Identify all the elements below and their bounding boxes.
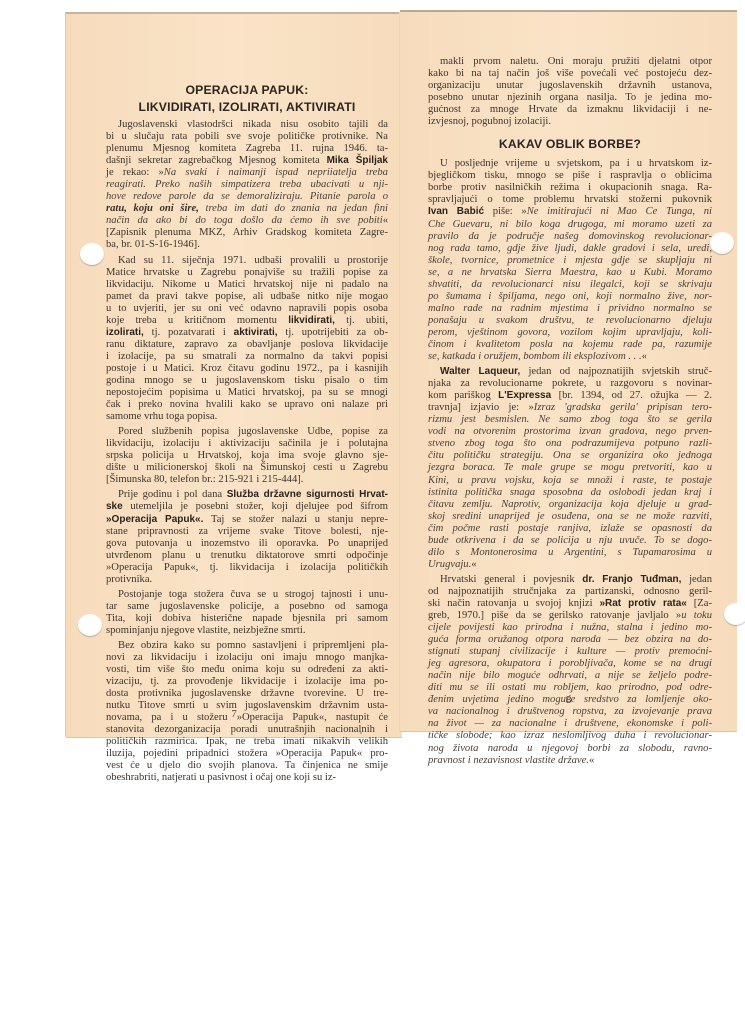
text-run: stanovita dezorganizacija poradi unutraš… (106, 724, 388, 735)
text-line: plenumu Mjesnog komiteta Zagreba 11. ruj… (106, 143, 388, 155)
text-run: »Operacija Papuk«, tj. likvidacija i izo… (106, 562, 388, 573)
text-run: bjegličkom tisku, mnogo se piše i raspra… (428, 170, 712, 181)
text-run: travnja] izjavio je: » (428, 402, 534, 413)
text-line: shvatiti, da revolucionarci nisu ilegalc… (428, 279, 712, 291)
italic-text: nog života naroda u njegovoj borbi za sl… (428, 743, 712, 754)
text-run: je rekao: » (106, 167, 164, 178)
italic-text: ratu, koju oni šire, (106, 203, 199, 214)
text-line: protivnika. (106, 574, 388, 586)
text-line: dosta protivnika jugoslavenske državne t… (106, 688, 388, 700)
text-line: bi u slučaju rata pobili sve svoje polit… (106, 131, 388, 143)
text-run: iluzija, pojedini pripadnici stožera »Op… (106, 748, 388, 759)
italic-text: ponašaju u svakom društvu, te revolucion… (428, 315, 712, 326)
text-line: cijele povijesti kao prirodna i nužna, s… (428, 622, 712, 634)
text-run: dište u milicionerskoj školi na Šimunsko… (106, 462, 388, 473)
bold-text: Ivan Babić (428, 206, 484, 217)
text-line: Matice hrvatske u Zagrebu ponajviše su t… (106, 267, 388, 279)
text-run: Postojanje toga stožera čuva se u strogo… (118, 589, 388, 600)
italic-text: hove redove parole da se demoraliziraju.… (106, 191, 388, 202)
text-run: utvrđenom planu u trenutku diktatorove s… (106, 550, 388, 561)
text-line: »Operacija Papuk«. Taj se stožer nalazi … (106, 514, 388, 526)
text-line: guća forma oružanog otpora naroda — bez … (428, 634, 712, 646)
text-line: dilo s Montonerosima u Argentini, s Tupa… (428, 547, 712, 559)
text-run: [Zapisnik plenuma MKZ, Arhiv Gradskog ko… (106, 227, 388, 238)
text-line: hove redove parole da se demoraliziraju.… (106, 191, 388, 203)
text-line: stignuti stupanj civilizacije i kulture … (428, 646, 712, 658)
text-line: makli prvom naletu. Oni moraju pružiti d… (428, 56, 712, 68)
text-line: organizaciju unutar jugoslavenskih držav… (428, 80, 712, 92)
text-run: greb, 1970.] piše da se gerilsko ratovan… (428, 610, 681, 621)
text-run: makli prvom naletu. Oni moraju pružiti d… (440, 56, 712, 67)
text-line: stanovita dezorganizacija poradi unutraš… (106, 724, 388, 736)
text-line: gućnost za mnoge Hrvate da izmaknu likvi… (428, 104, 712, 116)
text-run: u to uvjeriti, jer su oni već odavno nap… (106, 303, 388, 314)
text-line: Jugoslavenski vlastodršci nikada nisu os… (106, 119, 388, 131)
italic-text: guća forma oružanog otpora naroda — bez … (428, 634, 712, 645)
bold-text: likvidirati, (288, 315, 335, 326)
text-line: posebno unutar njezinih organa nasilja. … (428, 92, 712, 104)
text-run: gućnost za mnoge Hrvate da izmaknu likvi… (428, 104, 712, 115)
text-line: od najpoznatijih stručnjaka za partizans… (428, 586, 712, 598)
text-line: pravnost i nezavisnost vlastite države.« (428, 755, 712, 767)
text-run: protivnika. (106, 574, 152, 585)
text-line: utvrđenom planu u trenutku diktatorove s… (106, 550, 388, 562)
text-line: ratu, koju oni šire, treba im dati do zn… (106, 203, 388, 215)
italic-text: Izraz 'gradska gerila' pripisan tero- (534, 402, 712, 413)
text-line: Hrvatski general i povjesnik dr. Franjo … (428, 574, 712, 586)
text-line: ba, br. 01-S-16-1946]. (106, 239, 388, 251)
text-run: Hrvatski general i povjesnik (440, 574, 582, 585)
italic-text: stveno zbog toga što ona podrazumijeva p… (428, 438, 712, 449)
text-line: ski način ratovanja u svojoj knjizi »Rat… (428, 598, 712, 610)
text-line: vodi na otvorenim prostorima izvan grado… (428, 426, 712, 438)
text-line: Kad su 11. siječnja 1971. udbaši provali… (106, 255, 388, 267)
text-line: Pored službenih popisa jugoslavenske Udb… (106, 426, 388, 438)
text-line: spominjanju njegove vlastite, neizbježne… (106, 625, 388, 637)
text-run: tar same jugoslavenske policije, a poseb… (106, 601, 388, 612)
text-run: novi za likvidaciju i izolaciju oni imaj… (106, 652, 388, 663)
text-run: postoje i u Matici. Kroz čitavu godinu 1… (106, 363, 388, 374)
text-run: obeshrabriti, natjerati u pasivnost i oč… (106, 772, 336, 783)
text-run: vizaciju, tj. za provođenje likvidacije … (106, 676, 388, 687)
paper-speck (360, 732, 362, 734)
text-run: tj. pozatvarati i (144, 327, 234, 338)
text-line: Bez obzira kako su pomno sastavljeni i p… (106, 640, 388, 652)
italic-text: u toku (681, 610, 712, 621)
text-run: jedan od najpoznatijih svjetskih struč- (520, 366, 712, 377)
text-line: je rekao: »Na svaki i naimanji ispad nep… (106, 167, 388, 179)
italic-text: malno rade na radnim mjestima i prividno… (428, 303, 712, 314)
text-line: kom pariškog L'Expressa [br. 1394, od 27… (428, 390, 712, 402)
italic-text: na život — za nacionalne i društvene, ek… (428, 718, 712, 729)
text-line: diti mu se ili ostati mu robljem, kao pr… (428, 682, 712, 694)
text-line: U posljednje vrijeme u svjetskom, pa i u… (428, 158, 712, 170)
punch-hole (78, 614, 102, 636)
bold-text: ske (106, 501, 123, 512)
text-line: greb, 1970.] piše da se gerilsko ratovan… (428, 610, 712, 622)
italic-text: način da ako bi do toga došlo da ćemo ih… (106, 215, 383, 226)
page-number-left: 7 (66, 708, 402, 720)
text-line: godina mnogo se u jugoslavenskom tisku p… (106, 375, 388, 387)
text-line: ske utemeljila je posebni stožer, koji d… (106, 501, 388, 513)
text-line: stane pripravnosti za vrijeme svake Tito… (106, 526, 388, 538)
text-run: ba, br. 01-S-16-1946]. (106, 239, 200, 250)
text-line: va nacionalnog i društvenog ropstva, za … (428, 706, 712, 718)
text-line: srpska policija u Hrvatskoj, koja ima sv… (106, 450, 388, 462)
italic-text: se, a ne hrvatska Sierra Maestra, kao u … (428, 267, 712, 278)
italic-text: nog rada tamo, gdje žive ljudi, dakle gr… (428, 243, 712, 254)
paragraph: Prije godinu i pol dana Služba državne s… (106, 489, 388, 585)
text-line: gova putovanja u inozemstvo ili oporavka… (106, 538, 388, 550)
text-run: spominjanju njegove vlastite, neizbježne… (106, 625, 305, 636)
italic-text: pravilo da je područje našeg domovinskog… (428, 231, 712, 242)
paragraph: Hrvatski general i povjesnik dr. Franjo … (428, 574, 712, 767)
text-run: stane pripravnosti za vrijeme svake Tito… (106, 526, 388, 537)
text-line: jezgra boraca. Te male grupe se mogu pre… (428, 462, 712, 474)
text-run: nepostojećim popisima u Matici hrvatskoj… (106, 387, 388, 398)
punch-hole (710, 232, 734, 254)
italic-text: Na svaki i naimanji ispad nepriiatelja t… (164, 167, 388, 178)
text-run: U posljednje vrijeme u svjetskom, pa i u… (440, 158, 712, 169)
text-line: u to uvjeriti, jer su oni već odavno nap… (106, 303, 388, 315)
text-run: od najpoznatijih stručnjaka za partizans… (428, 586, 712, 597)
text-line: škole, tvornice, prometnice i mjesta gdj… (428, 255, 712, 267)
right-page-heading: KAKAV OBLIK BORBE? (428, 136, 712, 153)
text-line: pamet da pravi takve popise, ali udbaše … (106, 291, 388, 303)
text-line: i izolacije, pa su smatrali za normalno … (106, 351, 388, 363)
text-line: reagirati. Preko naših simpatizera treba… (106, 179, 388, 191)
text-run: Tita, koji dobiva histerične napade bjes… (106, 613, 388, 624)
text-line: obeshrabriti, natjerati u pasivnost i oč… (106, 772, 388, 784)
text-line: Kini, u pravu vojsku, koja se množi i ra… (428, 475, 712, 487)
text-line: tar same jugoslavenske policije, a poseb… (106, 601, 388, 613)
text-line: perom, vještinom govora, vozilom kojim u… (428, 327, 712, 339)
text-run: likvidaciju, izolaciju i aktivizaciju sa… (106, 438, 388, 449)
italic-text: škole, tvornice, prometnice i mjesta gdj… (428, 255, 712, 266)
right-page: makli prvom naletu. Oni moraju pružiti d… (400, 10, 737, 731)
italic-text: skoj sredini unaprijed je osuđena, ona s… (428, 511, 712, 522)
italic-text: se, katkada i oružjem, bombom ili eksplo… (428, 351, 642, 362)
text-line: stveno zbog toga što ona podrazumijeva p… (428, 438, 712, 450)
text-line: koje treba u kritičnom momentu likvidira… (106, 315, 388, 327)
text-line: pravilo da je područje našeg domovinskog… (428, 231, 712, 243)
text-line: tičke slobode; kao izraz neslomljivog du… (428, 730, 712, 742)
text-line: novi za likvidaciju i izolaciju oni imaj… (106, 652, 388, 664)
text-run: izvjesnoj, pogubnoj izolaciji. (428, 116, 551, 127)
italic-text: tičke slobode; kao izraz neslomljivog du… (428, 730, 712, 741)
text-line: se, a ne hrvatska Sierra Maestra, kao u … (428, 267, 712, 279)
text-line: bjegličkom tisku, mnogo se piše i raspra… (428, 170, 712, 182)
paragraph: Postojanje toga stožera čuva se u strogo… (106, 589, 388, 637)
text-run: Jugoslavenski vlastodršci nikada nisu os… (118, 119, 388, 130)
italic-text: reagirati. Preko naših simpatizera treba… (106, 179, 388, 190)
italic-text: diti mu se ili ostati mu robljem, kao pr… (428, 682, 712, 693)
text-run: spravljajući o tome problemu hrvatski st… (428, 194, 712, 205)
italic-text: po šumama i špiljama, nego oni, koji nor… (428, 291, 712, 302)
italic-text: va nacionalnog i društvenog ropstva, za … (428, 706, 712, 717)
heading-line: OPERACIJA PAPUK: (106, 82, 388, 99)
paragraph: Kad su 11. siječnja 1971. udbaši provali… (106, 255, 388, 424)
text-run: « (589, 755, 594, 766)
text-run: Bez obzira kako su pomno sastavljeni i p… (118, 640, 388, 651)
left-page: OPERACIJA PAPUK: LIKVIDIRATI, IZOLIRATI,… (66, 12, 402, 737)
text-run: vosti, tim više što među onima koju su o… (106, 664, 388, 675)
text-run: piše: » (484, 206, 527, 217)
paragraph: makli prvom naletu. Oni moraju pružiti d… (428, 56, 712, 128)
text-line: nog rada tamo, gdje žive ljudi, dakle gr… (428, 243, 712, 255)
paragraph: Pored službenih popisa jugoslavenske Udb… (106, 426, 388, 486)
text-line: malno rade na radnim mjestima i prividno… (428, 303, 712, 315)
text-run: [Šimunska 80, telefon br.: 215-921 i 215… (106, 474, 303, 485)
text-run: Matice hrvatske u Zagrebu ponajviše su t… (106, 267, 388, 278)
text-run: ski način ratovanja u svojoj knjizi (428, 598, 599, 609)
italic-text: čitu političku strategiju. Ona se organi… (428, 450, 712, 461)
text-line: izvjesnoj, pogubnoj izolaciji. (428, 116, 712, 128)
italic-text: dilo s Montonerosima u Argentini, s Tupa… (428, 547, 712, 558)
paragraph: Jugoslavenski vlastodršci nikada nisu os… (106, 119, 388, 252)
bold-text: »Rat protiv rata« (599, 598, 686, 609)
text-line: istinita politička snaga sposobna da osl… (428, 487, 712, 499)
text-line: po šumama i špiljama, nego oni, koji nor… (428, 291, 712, 303)
punch-hole (80, 243, 104, 265)
text-run: Pored službenih popisa jugoslavenske Udb… (118, 426, 388, 437)
right-page-intro: makli prvom naletu. Oni moraju pružiti d… (428, 56, 712, 128)
text-line: način da ako bi do toga došlo da ćemo ih… (106, 215, 388, 227)
italic-text: perom, vještinom govora, vozilom kojim u… (428, 327, 712, 338)
right-page-body: U posljednje vrijeme u svjetskom, pa i u… (428, 158, 712, 766)
text-run: kako bi na taj način još više povećali v… (428, 68, 712, 79)
italic-text: rizmu jest besmislen. Ne samo zbog toga … (428, 414, 712, 425)
text-line: političkih razmirica. Ipak, ne treba ima… (106, 736, 388, 748)
text-line: njaka za revolucionarne pokrete, u razgo… (428, 378, 712, 390)
text-run: pamet da pravi takve popise, ali udbaše … (106, 291, 388, 302)
text-run: bi u slučaju rata pobili sve svoje polit… (106, 131, 388, 142)
text-run: utemeljila je posebni stožer, koji djelu… (123, 501, 388, 512)
text-run: i izolacije, pa su smatrali za normalno … (106, 351, 388, 362)
left-page-body: Jugoslavenski vlastodršci nikada nisu os… (106, 119, 388, 785)
italic-text: stignuti stupanj civilizacije i kulture … (428, 646, 712, 657)
bold-text: Walter Laqueur, (440, 366, 520, 377)
italic-text: Urugvaju. (428, 559, 471, 570)
text-run: plenumu Mjesnog komiteta Zagreba 11. ruj… (106, 143, 388, 154)
text-line: ranu diktature, zapravo za obavljanje po… (106, 339, 388, 351)
text-line: Walter Laqueur, jedan od najpoznatijih s… (428, 366, 712, 378)
italic-text: način nije bilo moguće odhrvati, a nije … (428, 670, 712, 681)
text-run: « (642, 351, 647, 362)
left-page-text-column: OPERACIJA PAPUK: LIKVIDIRATI, IZOLIRATI,… (106, 82, 388, 788)
text-line: izolirati, tj. pozatvarati i aktivirati,… (106, 327, 388, 339)
text-line: postoje i u Matici. Kroz čitavu godinu 1… (106, 363, 388, 375)
page-number-right: 8 (400, 694, 737, 706)
text-line: ponašaju u svakom društvu, te revolucion… (428, 315, 712, 327)
italic-text: čitavu zemlju. Naprotiv, organizacija ko… (428, 499, 712, 510)
text-line: vizaciju, tj. za provođenje likvidacije … (106, 676, 388, 688)
text-line: dište u milicionerskoj školi na Šimunsko… (106, 462, 388, 474)
italic-text: cijele povijesti kao prirodna i nužna, s… (428, 622, 712, 633)
left-page-heading: OPERACIJA PAPUK: LIKVIDIRATI, IZOLIRATI,… (106, 82, 388, 116)
paragraph: Walter Laqueur, jedan od najpoznatijih s… (428, 366, 712, 571)
text-run: srpska policija u Hrvatskoj, koja ima sv… (106, 450, 388, 461)
text-line: vosti, tim više što među onima koju su o… (106, 664, 388, 676)
italic-text: Kini, u pravu vojsku, koja se množi i ra… (428, 475, 712, 486)
italic-text: čim počme rasti postaje ranjiva, izlaže … (428, 523, 712, 534)
text-run: dašnji sekretar zagrebačkog Mjesnog komi… (106, 155, 327, 166)
paragraph: U posljednje vrijeme u svjetskom, pa i u… (428, 158, 712, 363)
text-run: « (471, 559, 476, 570)
text-line: dašnji sekretar zagrebačkog Mjesnog komi… (106, 155, 388, 167)
text-run: samome vrhu toga popisa. (106, 411, 217, 422)
text-line: čak i preko novina hvalili kako se uprav… (106, 399, 388, 411)
text-line: na život — za nacionalne i društvene, ek… (428, 718, 712, 730)
text-line: spravljajući o tome problemu hrvatski st… (428, 194, 712, 206)
text-line: se, katkada i oružjem, bombom ili eksplo… (428, 351, 712, 363)
text-run: čak i preko novina hvalili kako se uprav… (106, 399, 388, 410)
italic-text: Ne imitirajući ni Mao Ce Tunga, ni (527, 206, 712, 217)
text-run: Kad su 11. siječnja 1971. udbaši provali… (118, 255, 388, 266)
text-run: Taj se stožer nalazi u stanju nepre- (203, 514, 388, 525)
text-line: skoj sredini unaprijed je osuđena, ona s… (428, 511, 712, 523)
text-line: rizmu jest besmislen. Ne samo zbog toga … (428, 414, 712, 426)
text-line: [Šimunska 80, telefon br.: 215-921 i 215… (106, 474, 388, 486)
text-line: jeg agresora, okupatora i porobljivača, … (428, 658, 712, 670)
text-line: Ivan Babić piše: »Ne imitirajući ni Mao … (428, 206, 712, 218)
text-line: borbe protiv nasilničkih režima i okupac… (428, 182, 712, 194)
text-run: posebno unutar njezinih organa nasilja. … (428, 92, 712, 103)
text-line: »Operacija Papuk«, tj. likvidacija i izo… (106, 562, 388, 574)
paper-speck (268, 728, 270, 730)
italic-text: Che Guevaru, ni bilo koga drugoga, mi mo… (428, 219, 712, 230)
bold-text: Mika Špiljak (327, 155, 388, 166)
text-run: Prije godinu i pol dana (118, 489, 227, 500)
text-line: bude otkrivena i da se policija u nju uv… (428, 535, 712, 547)
italic-text: vodi na otvorenim prostorima izvan grado… (428, 426, 712, 437)
text-run: [Za- (687, 598, 712, 609)
text-line: travnja] izjavio je: »Izraz 'gradska ger… (428, 402, 712, 414)
text-line: Tita, koji dobiva histerične napade bjes… (106, 613, 388, 625)
text-line: samome vrhu toga popisa. (106, 411, 388, 423)
text-line: [Zapisnik plenuma MKZ, Arhiv Gradskog ko… (106, 227, 388, 239)
bold-text: izolirati, (106, 327, 144, 338)
heading-line: LIKVIDIRATI, IZOLIRATI, AKTIVIRATI (106, 99, 388, 116)
italic-text: jeg agresora, okupatora i porobljivača, … (428, 658, 712, 669)
text-line: čim počme rasti postaje ranjiva, izlaže … (428, 523, 712, 535)
text-line: Che Guevaru, ni bilo koga drugoga, mi mo… (428, 219, 712, 231)
text-run: njaka za revolucionarne pokrete, u razgo… (428, 378, 712, 389)
italic-text: činom i kvalitetom posla na kojemu rade … (428, 339, 712, 350)
text-line: čitu političku strategiju. Ona se organi… (428, 450, 712, 462)
text-run: godina mnogo se u jugoslavenskom tisku p… (106, 375, 388, 386)
bold-text: L'Expressa (498, 390, 551, 401)
bold-text: »Operacija Papuk«. (106, 514, 203, 525)
text-run: organizaciju unutar jugoslavenskih držav… (428, 80, 712, 91)
italic-text: treba im dati do znania na jedan fini (199, 203, 388, 214)
text-line: vest će u djelo dio svojih planova. Ta č… (106, 760, 388, 772)
text-line: Prije godinu i pol dana Služba državne s… (106, 489, 388, 501)
text-run: tj. upotrijebiti za ob- (278, 327, 388, 338)
text-run: koje treba u kritičnom momentu (106, 315, 288, 326)
text-run: jedan (681, 574, 712, 585)
text-run: tj. ubiti, (335, 315, 388, 326)
text-line: čitavu zemlju. Naprotiv, organizacija ko… (428, 499, 712, 511)
text-run: ranu diktature, zapravo za obavljanje po… (106, 339, 388, 350)
text-line: nog života naroda u njegovoj borbi za sl… (428, 743, 712, 755)
text-run: borbe protiv nasilničkih režima i okupac… (428, 182, 712, 193)
italic-text: istinita politička snaga sposobna da osl… (428, 487, 712, 498)
punch-hole (724, 603, 745, 625)
text-line: činom i kvalitetom posla na kojemu rade … (428, 339, 712, 351)
text-line: likvidaciju. Nikome u Matici hrvatskoj n… (106, 279, 388, 291)
text-run: vest će u djelo dio svojih planova. Ta č… (106, 760, 388, 771)
text-line: Urugvaju.« (428, 559, 712, 571)
text-run: dosta protivnika jugoslavenske državne t… (106, 688, 388, 699)
text-line: nepostojećim popisima u Matici hrvatskoj… (106, 387, 388, 399)
text-line: kako bi na taj način još više povećali v… (428, 68, 712, 80)
text-run: gova putovanja u inozemstvo ili oporavka… (106, 538, 388, 549)
text-run: « (383, 215, 388, 226)
text-line: Postojanje toga stožera čuva se u strogo… (106, 589, 388, 601)
italic-text: shvatiti, da revolucionarci nisu ilegalc… (428, 279, 712, 290)
bold-text: dr. Franjo Tuđman, (582, 574, 681, 585)
text-run: političkih razmirica. Ipak, ne treba ima… (106, 736, 388, 747)
italic-text: pravnost i nezavisnost vlastite države. (428, 755, 589, 766)
bold-text: Služba državne sigurnosti Hrvat- (227, 489, 388, 500)
heading-line: KAKAV OBLIK BORBE? (428, 136, 712, 153)
text-run: kom pariškog (428, 390, 498, 401)
right-page-text-column: makli prvom naletu. Oni moraju pružiti d… (428, 56, 712, 770)
italic-text: bude otkrivena i da se policija u nju uv… (428, 535, 712, 546)
text-line: likvidaciju, izolaciju i aktivizaciju sa… (106, 438, 388, 450)
text-line: način nije bilo moguće odhrvati, a nije … (428, 670, 712, 682)
italic-text: jezgra boraca. Te male grupe se mogu pre… (428, 462, 712, 473)
text-run: likvidaciju. Nikome u Matici hrvatskoj n… (106, 279, 388, 290)
text-line: iluzija, pojedini pripadnici stožera »Op… (106, 748, 388, 760)
bold-text: aktivirati, (234, 327, 278, 338)
text-run: [br. 1394, od 27. ožujka — 2. (551, 390, 712, 401)
